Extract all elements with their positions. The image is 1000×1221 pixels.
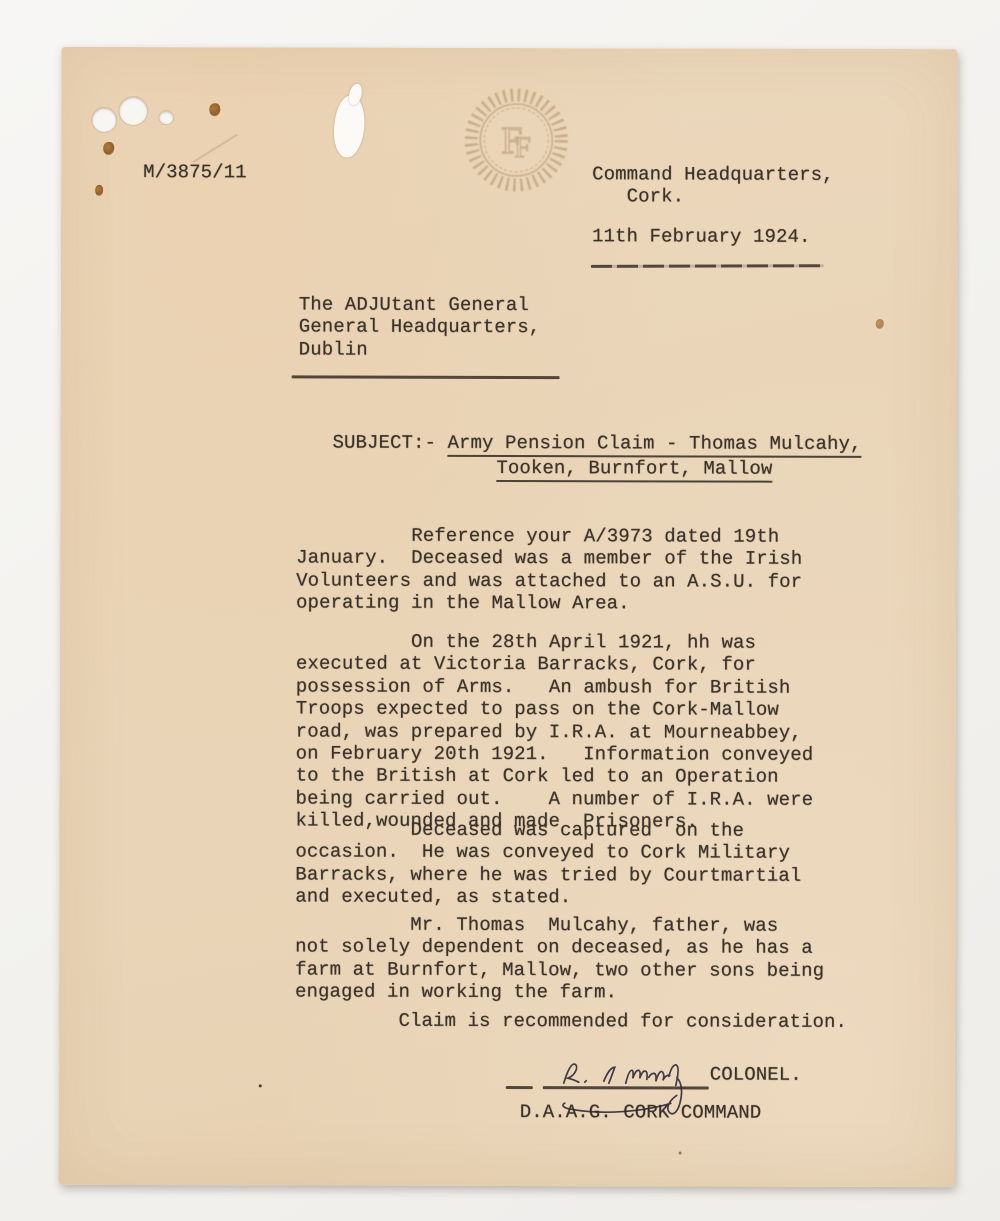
body-line: Reference your A/3973 dated 19th	[296, 524, 802, 548]
subject-label: SUBJECT:-	[332, 432, 447, 454]
corner-crease	[193, 134, 238, 163]
body-line: Mr. Thomas Mulcahy, father, was	[295, 913, 824, 937]
punch-hole	[159, 111, 173, 124]
body-line: executed at Victoria Barracks, Cork, for	[296, 653, 814, 677]
subject-text-2: Tooken, Burnfort, Mallow	[496, 457, 772, 483]
body-line: On the 28th April 1921, hh was	[296, 630, 814, 654]
header-city: Cork.	[592, 186, 834, 209]
body-line: Troops expected to pass on the Cork-Mall…	[296, 698, 814, 722]
svg-text:F: F	[514, 131, 531, 164]
recipient-block: The ADJUtant General General Headquarter…	[299, 293, 541, 361]
body-line: January. Deceased was a member of the Ir…	[296, 547, 802, 571]
torn-patch	[347, 82, 364, 106]
body-line: not solely dependent on deceased, as he …	[295, 936, 824, 960]
paragraph-4: Mr. Thomas Mulcahy, father, was not sole…	[295, 913, 824, 1004]
embossed-army-seal: F F	[459, 83, 573, 197]
paragraph-1: Reference your A/3973 dated 19th January…	[296, 524, 802, 615]
body-line: possession of Arms. An ambush for Britis…	[296, 675, 814, 699]
ink-stain	[876, 319, 884, 329]
torn-patch	[331, 94, 368, 159]
body-line: occasion. He was conveyed to Cork Milita…	[295, 841, 801, 865]
body-line: Volunteers and was attached to an A.S.U.…	[296, 569, 802, 593]
ink-stain	[95, 185, 103, 196]
body-line: being carried out. A number of I.R.A. we…	[295, 787, 813, 811]
punch-hole	[119, 97, 147, 125]
body-line: road, was prepared by I.R.A. at Mourneab…	[296, 720, 814, 744]
body-line: and executed, as stated.	[295, 886, 801, 910]
date-underline	[591, 264, 824, 268]
header-org: Command Headquarters,	[592, 163, 834, 186]
body-line: to the British at Cork led to an Operati…	[296, 765, 814, 789]
dust-speck	[679, 1151, 682, 1154]
body-line: engaged in working the farm.	[295, 981, 824, 1005]
closing-line: Claim is recommended for consideration.	[295, 1009, 847, 1033]
body-line: Barracks, where he was tried by Courtmar…	[295, 863, 801, 887]
recipient-org: General Headquarters,	[299, 316, 541, 339]
subject-line-2: Tooken, Burnfort, Mallow	[496, 457, 772, 480]
paragraph-2: On the 28th April 1921, hh was executed …	[295, 630, 813, 833]
subject-line-1: SUBJECT:- Army Pension Claim - Thomas Mu…	[332, 432, 861, 456]
scanned-letter: F F M/3875/11 Command Headquarters, Cork…	[0, 0, 1000, 1221]
recipient-city: Dublin	[299, 338, 541, 361]
handwritten-signature	[509, 1043, 749, 1144]
ink-stain	[103, 142, 114, 155]
recipient-name: The ADJUtant General	[299, 293, 541, 316]
letter-page: F F M/3875/11 Command Headquarters, Cork…	[59, 47, 958, 1187]
punch-hole	[92, 108, 116, 132]
body-line: on February 20th 1921. Information conve…	[296, 742, 814, 766]
header-block: Command Headquarters, Cork.	[592, 163, 834, 208]
body-line: farm at Burnfort, Mallow, two other sons…	[295, 958, 824, 982]
dust-speck	[259, 1084, 262, 1087]
body-line: operating in the Mallow Area.	[296, 592, 802, 616]
recipient-underline	[292, 375, 560, 378]
paragraph-3: Deceased was captured on the occasion. H…	[295, 818, 801, 909]
ink-stain	[209, 103, 220, 116]
subject-text-1: Army Pension Claim - Thomas Mulcahy,	[447, 432, 861, 458]
reference-number: M/3875/11	[143, 161, 247, 184]
body-line: Deceased was captured on the	[295, 818, 801, 842]
letter-date: 11th February 1924.	[592, 225, 811, 248]
